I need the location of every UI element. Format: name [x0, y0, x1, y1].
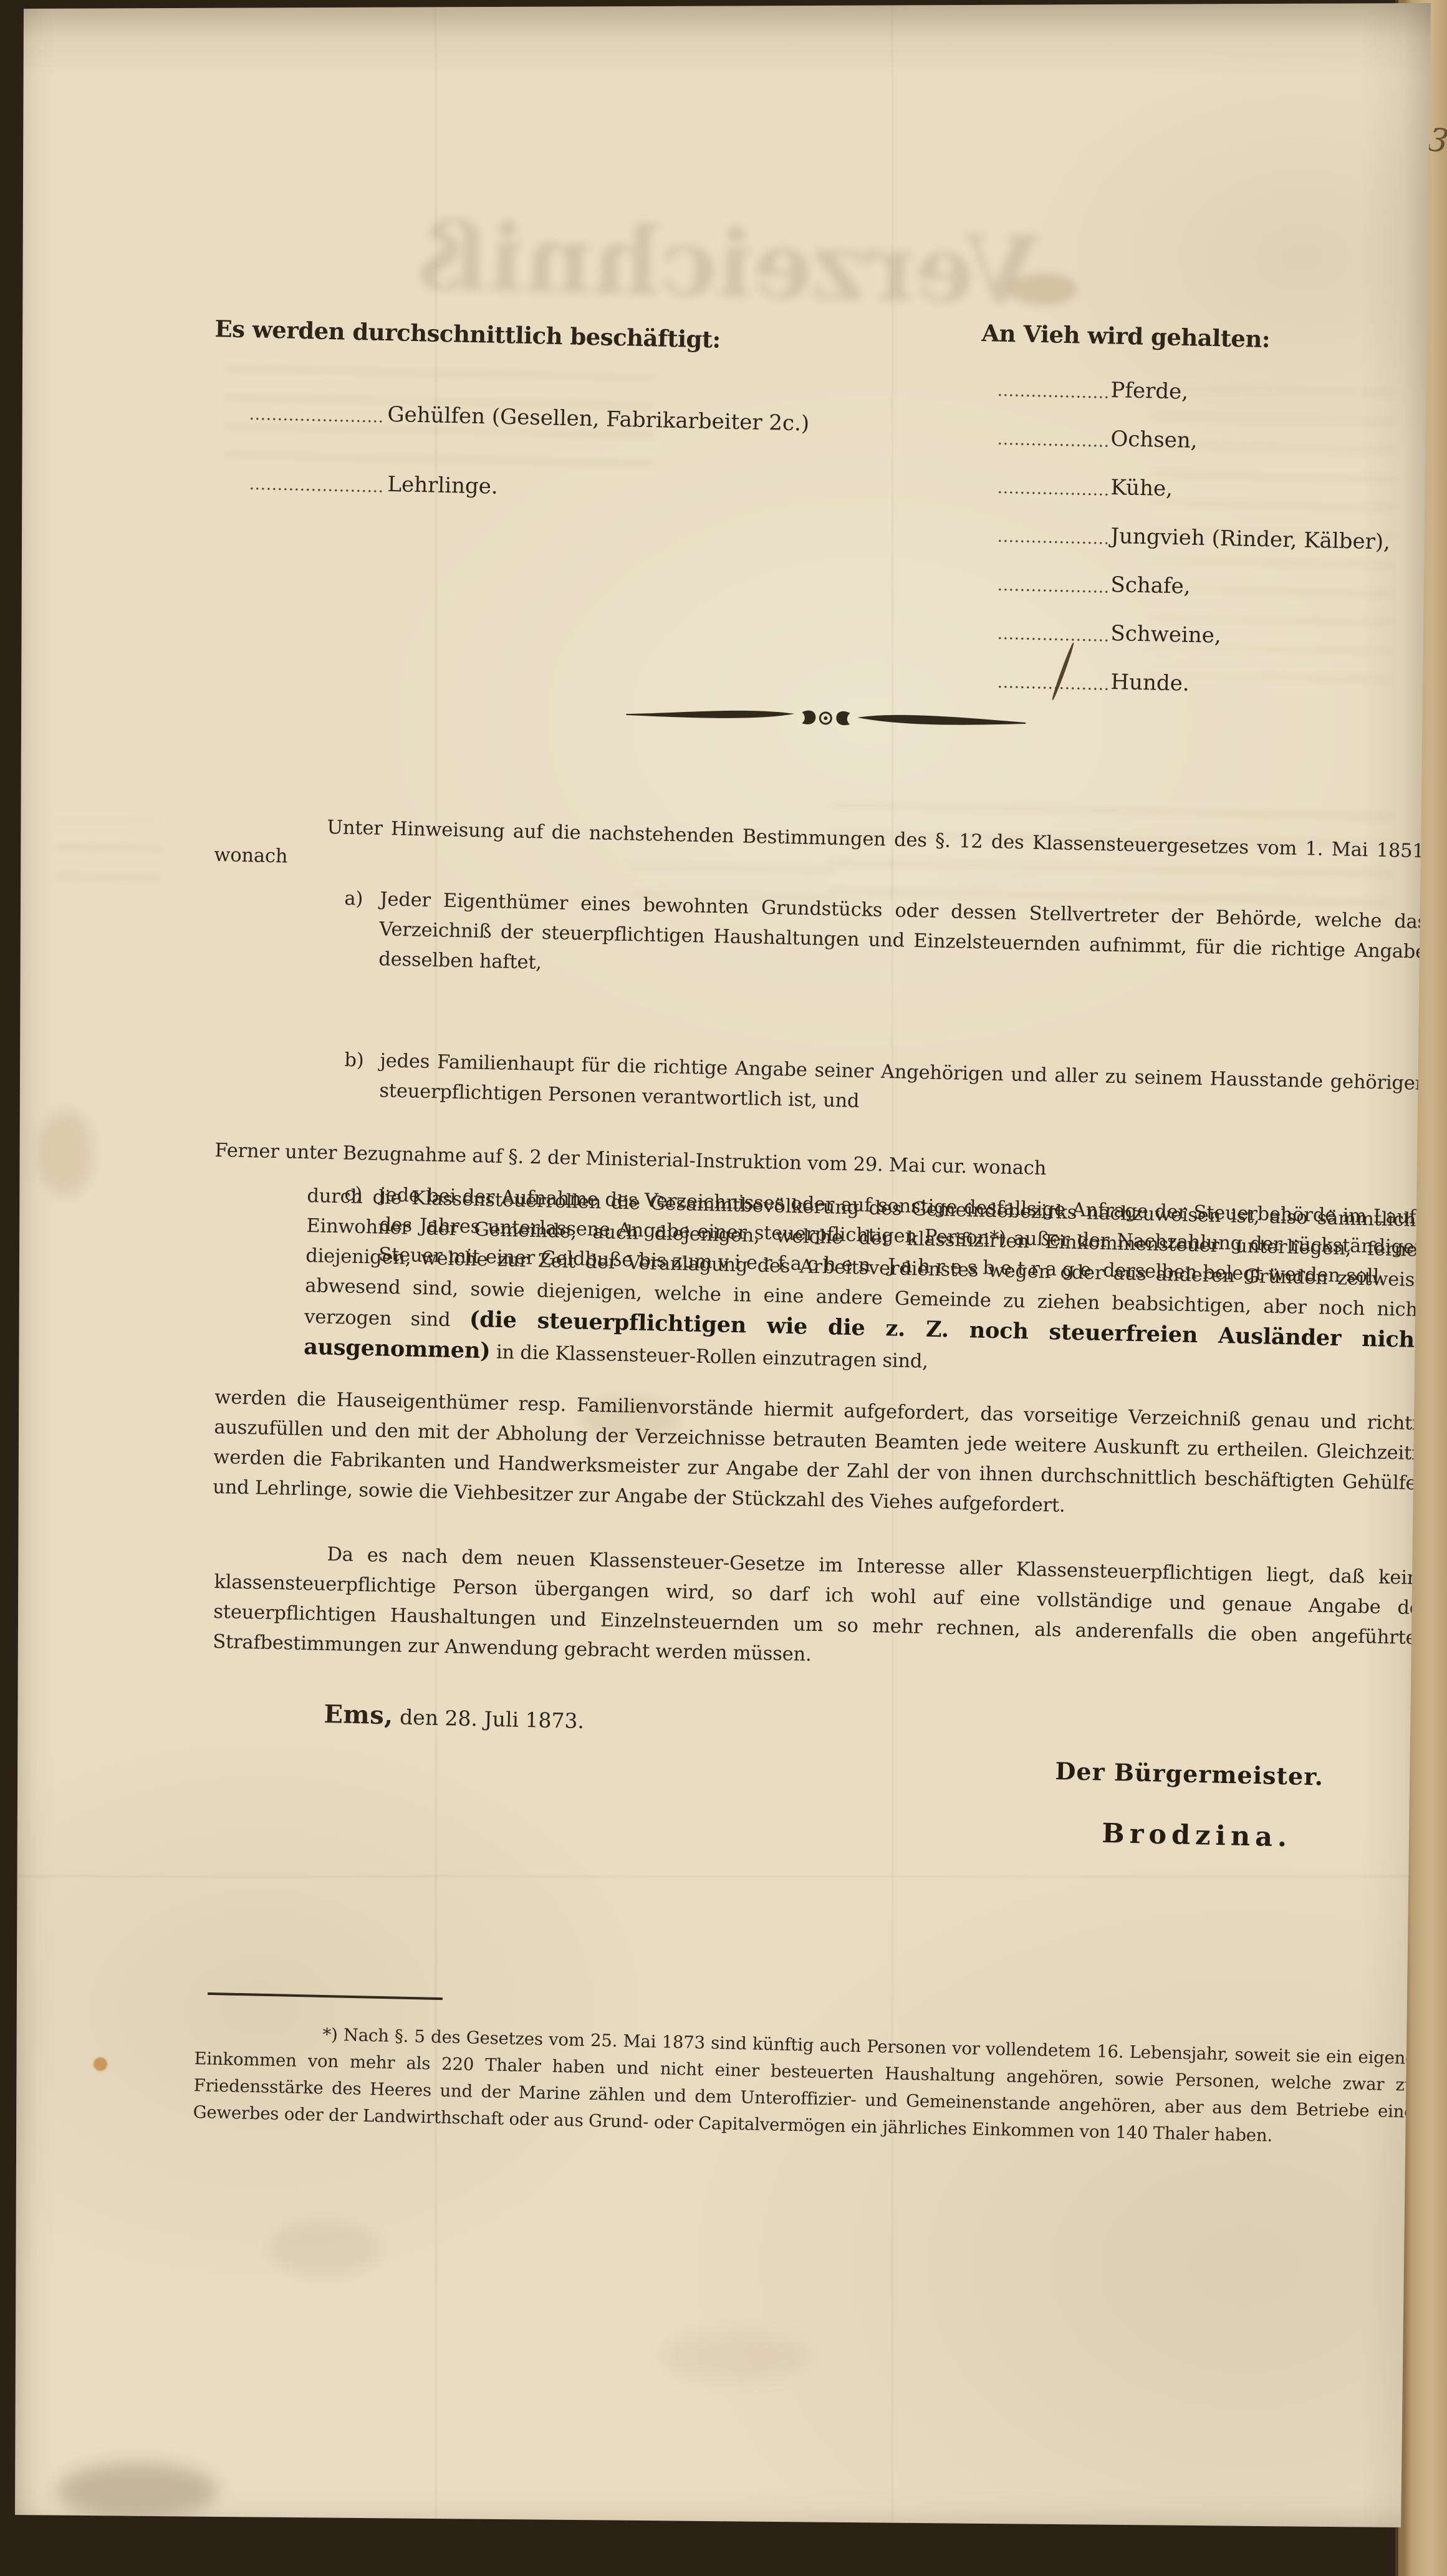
dotted-fill-line — [997, 379, 1108, 403]
dotted-fill-line — [249, 473, 385, 497]
list-item-b: b) jedes Familienhaupt für die richtige … — [344, 1045, 1428, 1129]
divider-ornament — [625, 697, 1027, 744]
dateline: Ems, den 28. Juli 1873. — [324, 1699, 585, 1734]
signature-title: Der Bürgermeister. — [1055, 1757, 1324, 1790]
paragraph-request: werden die Hauseigenthümer resp. Familie… — [213, 1383, 1431, 1529]
livestock-item-label: Schweine, — [1108, 621, 1221, 648]
livestock-row: Schafe, — [997, 570, 1191, 599]
dotted-fill-line — [997, 476, 1108, 500]
livestock-item-label: Schafe, — [1108, 572, 1191, 599]
dotted-fill-line — [997, 574, 1108, 597]
stain — [661, 2332, 810, 2381]
scanned-document-photo: 3 Verzeichniß Es werden durchschnittlich… — [0, 0, 1447, 2576]
livestock-item-label: Pferde, — [1108, 378, 1188, 405]
livestock-row: Hunde. — [997, 667, 1190, 696]
stain — [56, 2463, 218, 2519]
livestock-item-label: Kühe, — [1108, 475, 1173, 501]
stain — [268, 2219, 380, 2276]
livestock-row: Kühe, — [997, 473, 1173, 501]
stain — [94, 2057, 107, 2071]
bleedthrough-title: Verzeichniß — [563, 205, 1039, 327]
stain — [37, 1110, 94, 1197]
fold-crease-horizontal — [0, 1875, 1447, 1878]
livestock-item-label: Ochsen, — [1108, 426, 1198, 453]
livestock-heading: An Vieh wird gehalten: — [981, 319, 1270, 353]
dotted-fill-line — [997, 525, 1108, 549]
list-marker: b) — [344, 1045, 364, 1076]
place-name: Ems, — [324, 1699, 393, 1730]
livestock-row: Pferde, — [997, 375, 1188, 405]
livestock-item-label: Hunde. — [1108, 670, 1190, 696]
date-text: den 28. Juli 1873. — [393, 1704, 584, 1733]
indented-block-paragraph: durch die Klassensteuerrollen die Gesamm… — [304, 1181, 1428, 1388]
list-marker: a) — [344, 884, 363, 915]
paragraph-warning: Da es nach dem neuen Klassensteuer-Geset… — [213, 1537, 1431, 1683]
dotted-fill-line — [997, 622, 1108, 646]
footnote-rule — [208, 1992, 443, 2000]
employment-item-label: Lehrlinge. — [385, 472, 498, 499]
livestock-row: Ochsen, — [997, 424, 1198, 453]
dotted-fill-line — [997, 428, 1108, 451]
list-item-text: jedes Familienhaupt für die richtige Ang… — [379, 1046, 1428, 1129]
document-sheet: Verzeichniß Es werden durchschnittlich b… — [0, 0, 1447, 2576]
dotted-fill-line — [249, 403, 385, 427]
employment-row: Lehrlinge. — [249, 469, 498, 499]
dotted-fill-line — [997, 671, 1108, 694]
livestock-row: Schweine, — [997, 618, 1221, 648]
signature-name: Brodzina. — [1102, 1818, 1292, 1853]
block-text-post: in die Klassensteuer-Rollen einzutragen … — [490, 1341, 928, 1372]
bleedthrough-text-block — [55, 819, 163, 880]
footnote-text: *) Nach §. 5 des Gesetzes vom 25. Mai 18… — [193, 2019, 1424, 2153]
